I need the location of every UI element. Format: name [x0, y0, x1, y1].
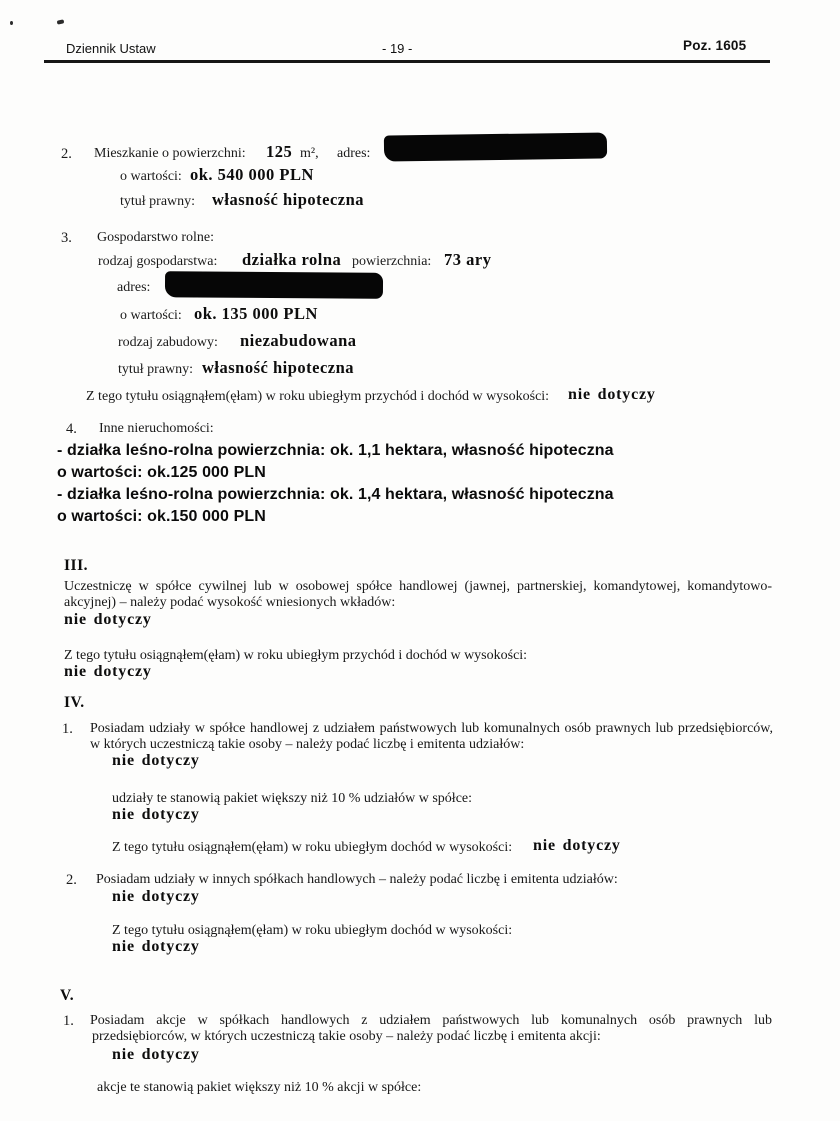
section-iii-paragraph-line2: akcyjnej) – należy podać wysokość wniesi… [64, 594, 395, 611]
farm-income-label: Z tego tytułu osiągnąłem(ęłam) w roku ub… [86, 388, 549, 406]
section-iv-item2-answer: nie dotyczy [112, 888, 200, 906]
section-v-item1-line2: przedsiębiorców, w których uczestniczą t… [92, 1028, 601, 1045]
section-v-item1-answer: nie dotyczy [112, 1046, 200, 1064]
section-iv-item1-line1: Posiadam udziały w spółce handlowej z ud… [90, 720, 773, 737]
field-label-apartment: Mieszkanie o powierzchni: [94, 145, 246, 163]
parcel-entry-line: - działka leśno-rolna powierzchnia: ok. … [57, 442, 614, 460]
section-iv-item1-stake-answer: nie dotyczy [112, 806, 200, 824]
farm-legal-title: własność hipoteczna [202, 359, 354, 377]
field-label-legal-title: tytuł prawny: [118, 361, 193, 379]
farm-title: Gospodarstwo rolne: [97, 229, 214, 247]
section-iii-paragraph-line1: Uczestniczę w spółce cywilnej lub w osob… [64, 578, 772, 595]
section-iii-income-answer: nie dotyczy [64, 663, 152, 681]
scan-speck [57, 19, 65, 24]
field-label-building-type: rodzaj zabudowy: [118, 334, 218, 352]
document-page: Dziennik Ustaw - 19 - Poz. 1605 2. Miesz… [0, 0, 840, 1121]
section-v-item1-stake-question: akcje te stanowią pakiet większy niż 10 … [97, 1079, 421, 1096]
farm-value: ok. 135 000 PLN [194, 305, 318, 323]
apartment-area-unit: m², [300, 145, 319, 163]
section-iv-item1-line2: w których uczestniczą takie osoby – nale… [90, 736, 524, 753]
field-label-value: o wartości: [120, 307, 182, 325]
journal-title: Dziennik Ustaw [66, 40, 156, 58]
section-iv-heading: IV. [64, 694, 85, 712]
section-iv-item1-income-answer: nie dotyczy [533, 837, 621, 855]
field-label-value: o wartości: [120, 168, 182, 186]
item-number: 1. [63, 1012, 74, 1030]
item-number: 1. [62, 720, 73, 738]
section-iv-item2-text: Posiadam udziały w innych spółkach handl… [96, 871, 618, 888]
other-real-estate-title: Inne nieruchomości: [99, 420, 214, 438]
section-iv-item1-answer: nie dotyczy [112, 752, 200, 770]
redacted-address-bar [384, 132, 607, 161]
apartment-legal-title: własność hipoteczna [212, 191, 364, 209]
header-rule [44, 60, 770, 63]
section-iii-heading: III. [64, 557, 88, 575]
page-number: - 19 - [382, 40, 412, 58]
section-iii-answer: nie dotyczy [64, 611, 152, 629]
farm-type-value: działka rolna [242, 251, 341, 269]
item-number: 4. [66, 420, 77, 438]
apartment-area-value: 125 [266, 143, 292, 161]
section-iv-item1-income-label: Z tego tytułu osiągnąłem(ęłam) w roku ub… [112, 839, 512, 857]
field-label-address: adres: [117, 279, 150, 297]
parcel-value-line: o wartości: ok.125 000 PLN [57, 464, 266, 482]
position-number: Poz. 1605 [683, 37, 746, 55]
item-number: 2. [61, 145, 72, 163]
farm-income-answer: nie dotyczy [568, 386, 656, 404]
field-label-legal-title: tytuł prawny: [120, 193, 195, 211]
item-number: 2. [66, 871, 77, 889]
section-v-item1-line1: Posiadam akcje w spółkach handlowych z u… [90, 1012, 772, 1029]
section-iii-income-label: Z tego tytułu osiągnąłem(ęłam) w roku ub… [64, 647, 527, 664]
section-iv-item2-income-answer: nie dotyczy [112, 938, 200, 956]
farm-area-value: 73 ary [444, 251, 491, 269]
field-label-address: adres: [337, 145, 370, 163]
parcel-value-line: o wartości: ok.150 000 PLN [57, 508, 266, 526]
field-label-farm-area: powierzchnia: [352, 253, 431, 271]
parcel-entry-line: - działka leśno-rolna powierzchnia: ok. … [57, 486, 614, 504]
farm-building-type: niezabudowana [240, 332, 357, 350]
redacted-address-bar [165, 271, 383, 299]
section-v-heading: V. [60, 987, 74, 1005]
apartment-value: ok. 540 000 PLN [190, 166, 314, 184]
item-number: 3. [61, 229, 72, 247]
field-label-farm-type: rodzaj gospodarstwa: [98, 253, 217, 271]
section-iv-item2-income-label: Z tego tytułu osiągnąłem(ęłam) w roku ub… [112, 922, 512, 939]
scan-speck [10, 21, 13, 25]
section-iv-item1-stake-question: udziały te stanowią pakiet większy niż 1… [112, 790, 472, 807]
